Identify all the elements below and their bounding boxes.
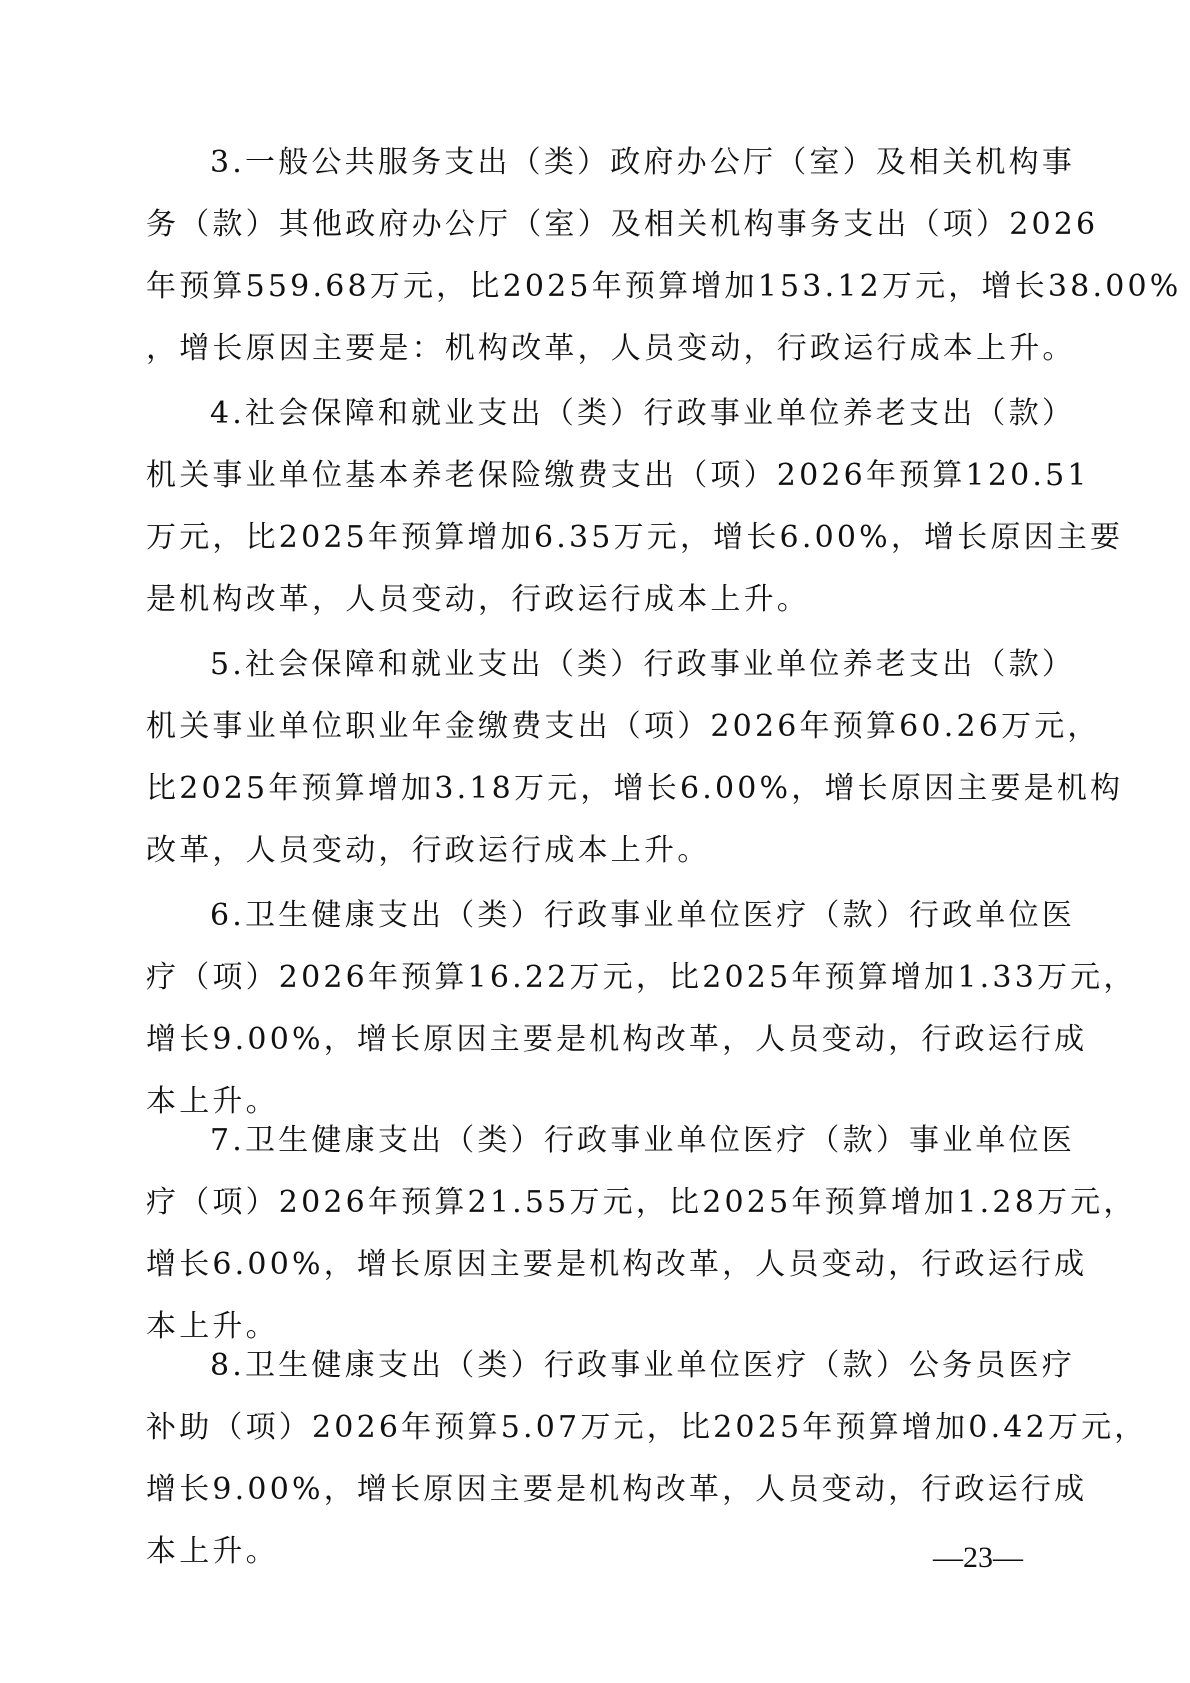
paragraph-5: 5.社会保障和就业支出（类）行政事业单位养老支出（款） 机关事业单位职业年金缴费…	[146, 634, 1046, 882]
paragraph-line: 万元，比2025年预算增加6.35万元，增长6.00%，增长原因主要	[146, 507, 1046, 569]
paragraph-line: 增长9.00%，增长原因主要是机构改革，人员变动，行政运行成	[146, 1459, 1046, 1521]
paragraph-line: 是机构改革，人员变动，行政运行成本上升。	[146, 569, 1046, 631]
paragraph-4: 4.社会保障和就业支出（类）行政事业单位养老支出（款） 机关事业单位基本养老保险…	[146, 383, 1046, 631]
paragraph-line: 增长9.00%，增长原因主要是机构改革，人员变动，行政运行成	[146, 1009, 1046, 1071]
paragraph-line: ，增长原因主要是：机构改革，人员变动，行政运行成本上升。	[146, 318, 1046, 380]
paragraph-line: 8.卫生健康支出（类）行政事业单位医疗（款）公务员医疗	[146, 1335, 1046, 1397]
paragraph-line: 本上升。	[146, 1521, 1046, 1583]
paragraph-line: 3.一般公共服务支出（类）政府办公厅（室）及相关机构事	[146, 132, 1046, 194]
paragraph-6: 6.卫生健康支出（类）行政事业单位医疗（款）行政单位医 疗（项）2026年预算1…	[146, 885, 1046, 1133]
paragraph-3: 3.一般公共服务支出（类）政府办公厅（室）及相关机构事 务（款）其他政府办公厅（…	[146, 132, 1046, 380]
page-number: —23—	[933, 1538, 1023, 1578]
paragraph-line: 疗（项）2026年预算16.22万元，比2025年预算增加1.33万元，	[146, 947, 1046, 1009]
paragraph-line: 机关事业单位职业年金缴费支出（项）2026年预算60.26万元，	[146, 696, 1046, 758]
paragraph-line: 7.卫生健康支出（类）行政事业单位医疗（款）事业单位医	[146, 1110, 1046, 1172]
paragraph-line: 4.社会保障和就业支出（类）行政事业单位养老支出（款）	[146, 383, 1046, 445]
paragraph-8: 8.卫生健康支出（类）行政事业单位医疗（款）公务员医疗 补助（项）2026年预算…	[146, 1335, 1046, 1583]
paragraph-line: 务（款）其他政府办公厅（室）及相关机构事务支出（项）2026	[146, 194, 1046, 256]
document-page: 3.一般公共服务支出（类）政府办公厅（室）及相关机构事 务（款）其他政府办公厅（…	[0, 0, 1190, 1683]
paragraph-line: 机关事业单位基本养老保险缴费支出（项）2026年预算120.51	[146, 445, 1046, 507]
paragraph-line: 比2025年预算增加3.18万元，增长6.00%，增长原因主要是机构	[146, 758, 1046, 820]
paragraph-line: 改革，人员变动，行政运行成本上升。	[146, 820, 1046, 882]
paragraph-line: 增长6.00%，增长原因主要是机构改革，人员变动，行政运行成	[146, 1234, 1046, 1296]
paragraph-line: 年预算559.68万元，比2025年预算增加153.12万元，增长38.00%	[146, 256, 1046, 318]
paragraph-line: 5.社会保障和就业支出（类）行政事业单位养老支出（款）	[146, 634, 1046, 696]
paragraph-line: 6.卫生健康支出（类）行政事业单位医疗（款）行政单位医	[146, 885, 1046, 947]
paragraph-7: 7.卫生健康支出（类）行政事业单位医疗（款）事业单位医 疗（项）2026年预算2…	[146, 1110, 1046, 1358]
paragraph-line: 补助（项）2026年预算5.07万元，比2025年预算增加0.42万元，	[146, 1397, 1046, 1459]
paragraph-line: 疗（项）2026年预算21.55万元，比2025年预算增加1.28万元，	[146, 1172, 1046, 1234]
